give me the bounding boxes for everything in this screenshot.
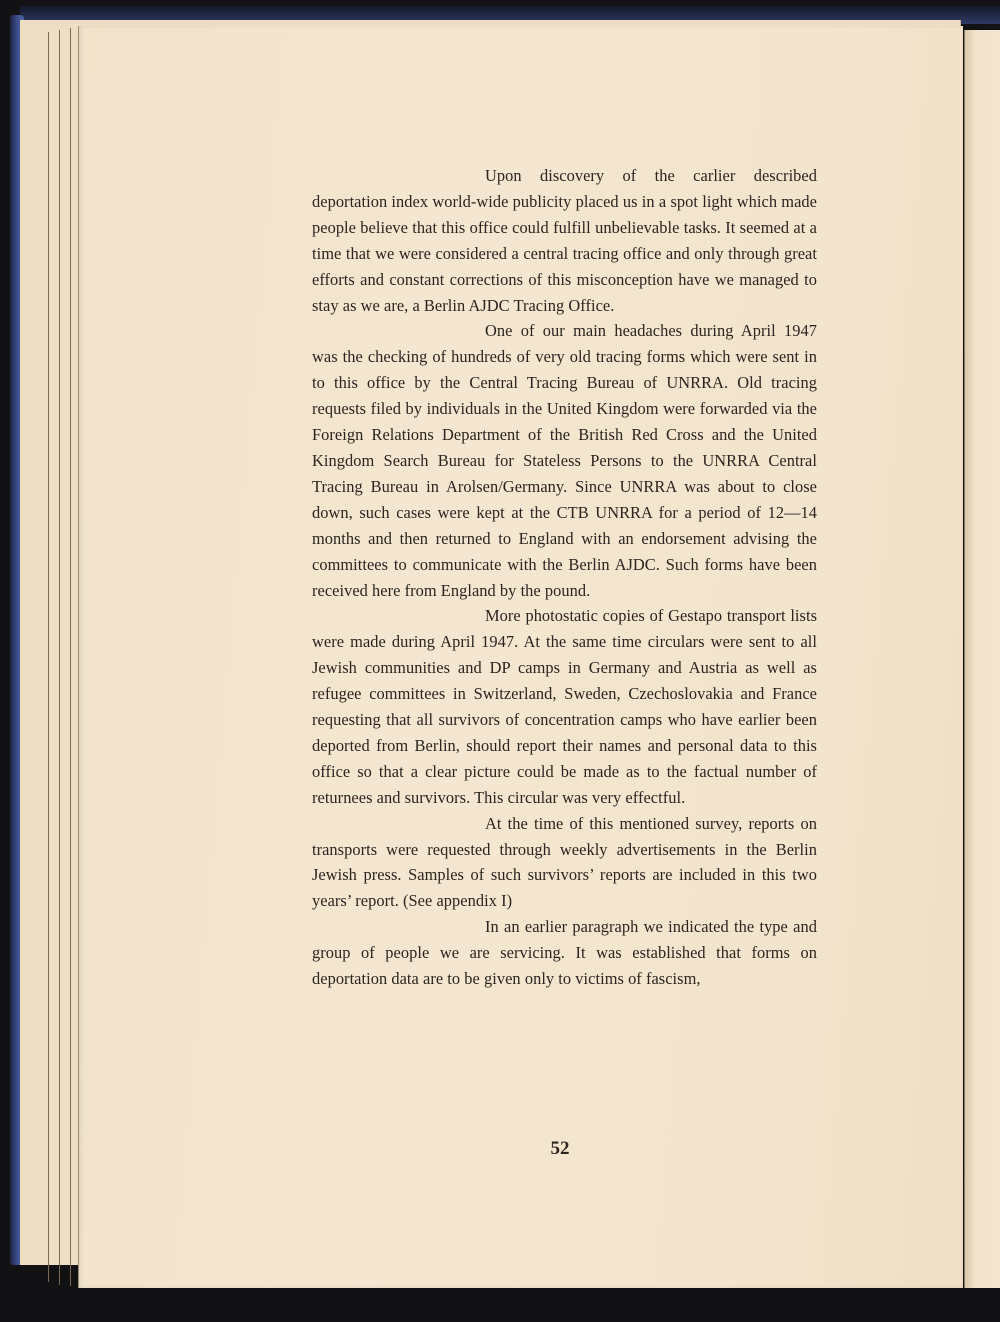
page-edge-line	[59, 30, 60, 1285]
facing-page-edge	[964, 30, 1000, 1288]
book-photo-scene: Upon discovery of the carlier described …	[0, 0, 1000, 1322]
paragraph: Upon discovery of the carlier described …	[312, 163, 817, 318]
page-number: 52	[540, 1138, 580, 1160]
page-edge-line	[70, 28, 71, 1286]
paragraph: More photostatic copies of Gestapo trans…	[312, 603, 817, 810]
paragraph: At the time of this mentioned survey, re…	[312, 811, 817, 915]
paragraph: In an earlier paragraph we indicated the…	[312, 914, 817, 992]
page-edge-line	[48, 32, 49, 1282]
body-text: Upon discovery of the carlier described …	[312, 163, 817, 992]
paragraph: One of our main headaches during April 1…	[312, 318, 817, 603]
